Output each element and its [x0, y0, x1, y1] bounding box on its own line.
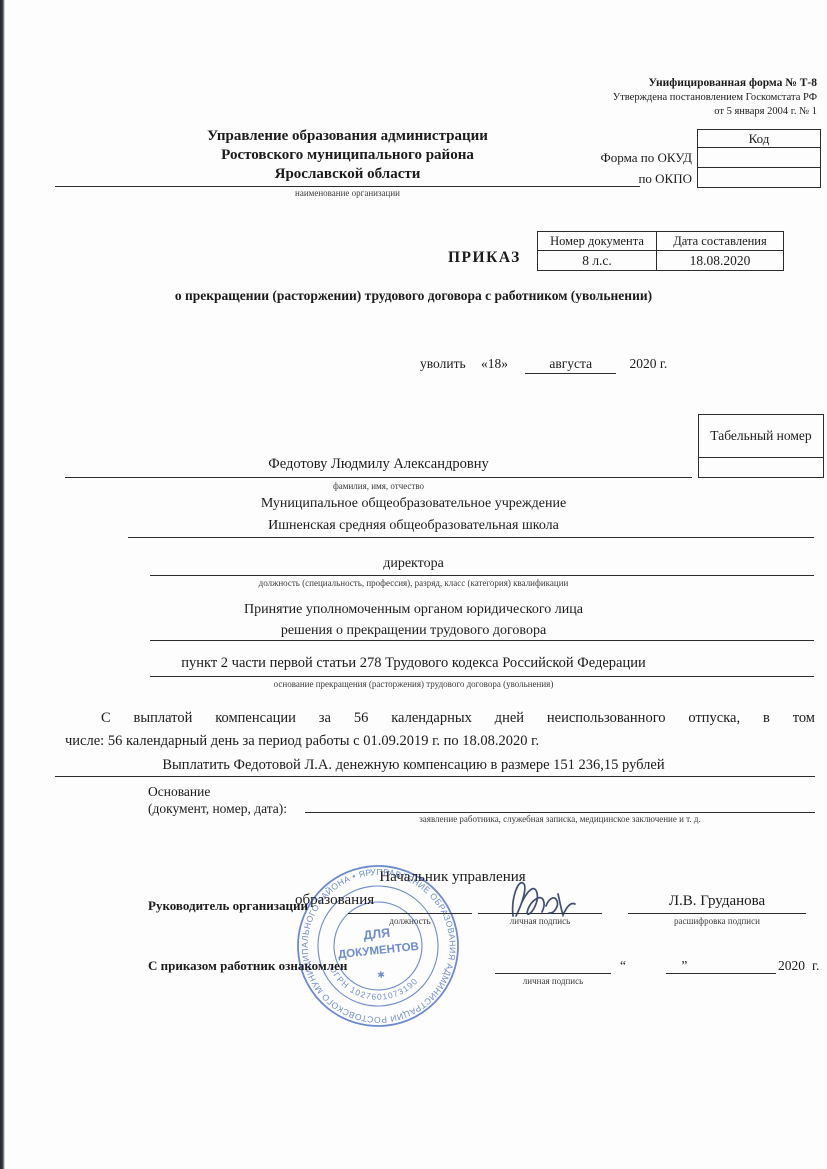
- position-line-caption: должность: [348, 916, 472, 926]
- legal-basis-field: пункт 2 части первой статьи 278 Трудовог…: [0, 655, 827, 672]
- form-reference-block: Унифицированная форма № Т-8 Утверждена п…: [613, 76, 817, 118]
- position-field: директора: [0, 556, 827, 572]
- position-signature-line: [348, 896, 472, 914]
- code-table: Код: [697, 129, 821, 188]
- organization-line: Управление образования администрации: [55, 127, 640, 146]
- dismiss-month-field: августа: [525, 356, 616, 374]
- document-number-table: Номер документа Дата составления 8 л.с. …: [537, 231, 784, 271]
- stamp-star: ✱: [377, 969, 386, 980]
- stamp-center-line1: ДЛЯ: [363, 926, 391, 943]
- doc-date-header: Дата составления: [657, 232, 784, 251]
- reason-line: Принятие уполномоченным органом юридичес…: [0, 599, 827, 620]
- reason-underline: [150, 640, 814, 641]
- unit-line: Ишненская средняя общеобразовательная шк…: [0, 515, 827, 537]
- termination-reason-field: Принятие уполномоченным органом юридичес…: [0, 599, 827, 641]
- basis-doc-sublabel: (документ, номер, дата):: [148, 801, 287, 817]
- ack-date-line: [666, 957, 776, 974]
- doc-number-value: 8 л.с.: [538, 251, 657, 271]
- compensation-paragraph: С выплатой компенсации за 56 календарных…: [65, 707, 815, 754]
- head-of-organization-label: Руководитель организации: [148, 898, 308, 914]
- ack-signature-caption: личная подпись: [495, 976, 611, 986]
- organization-caption: наименование организации: [55, 188, 640, 198]
- basis-doc-caption: заявление работника, служебная записка, …: [305, 814, 815, 824]
- ack-year-suffix: г.: [812, 958, 819, 974]
- doc-date-value: 18.08.2020: [657, 251, 784, 271]
- signer-name-caption: расшифровка подписи: [628, 916, 806, 926]
- dismiss-date-line: уволить «18» августа 2020 г.: [420, 356, 667, 374]
- unit-line: Муниципальное общеобразовательное учрежд…: [0, 493, 827, 515]
- payment-field: Выплатить Федотовой Л.А. денежную компен…: [0, 757, 827, 774]
- payment-underline: [55, 776, 815, 777]
- signer-name-field: Л.В. Груданова: [628, 893, 806, 914]
- legal-basis-caption: основание прекращения (расторжения) труд…: [0, 679, 827, 689]
- compensation-line: числе: 56 календарный день за период раб…: [65, 730, 815, 753]
- okud-value-cell: [698, 148, 821, 168]
- acknowledged-label: С приказом работник ознакомлен: [148, 958, 347, 974]
- order-subject: о прекращении (расторжении) трудового до…: [0, 288, 827, 304]
- okpo-value-cell: [698, 168, 821, 188]
- stamp-center-line2: ДОКУМЕНТОВ: [338, 941, 420, 961]
- ack-signature-line: [495, 957, 611, 974]
- personnel-number-value: [699, 458, 824, 478]
- position-caption: должность (специальность, профессия), ра…: [0, 578, 827, 588]
- handwritten-signature: [503, 876, 583, 920]
- doc-number-header: Номер документа: [538, 232, 657, 251]
- structural-unit-field: Муниципальное общеобразовательное учрежд…: [0, 493, 827, 536]
- form-number: Унифицированная форма № Т-8: [613, 76, 817, 91]
- dismiss-label: уволить: [420, 356, 466, 371]
- position-underline: [150, 575, 814, 576]
- document-page: Унифицированная форма № Т-8 Утверждена п…: [0, 0, 827, 1169]
- dismiss-day: «18»: [481, 356, 508, 371]
- personnel-number-header: Табельный номер: [699, 415, 824, 458]
- order-title: ПРИКАЗ: [448, 249, 521, 267]
- okud-label: Форма по ОКУД: [540, 150, 692, 166]
- okpo-label: по ОКПО: [540, 171, 692, 187]
- legal-basis-underline: [150, 676, 814, 677]
- compensation-line: С выплатой компенсации за 56 календарных…: [65, 707, 815, 730]
- reason-line: решения о прекращении трудового договора: [0, 620, 827, 641]
- employee-name-field: Федотову Людмилу Александровну: [65, 456, 692, 478]
- dismiss-year: 2020 г.: [629, 356, 667, 371]
- structural-unit-underline: [128, 537, 814, 538]
- personnel-number-table: Табельный номер: [698, 414, 824, 478]
- form-approved: Утверждена постановлением Госкомстата РФ: [613, 91, 817, 105]
- ack-year: 2020: [778, 958, 805, 974]
- basis-doc-field: [305, 795, 815, 813]
- form-date: от 5 января 2004 г. № 1: [613, 105, 817, 119]
- code-table-header: Код: [698, 130, 821, 148]
- basis-doc-label: Основание: [148, 784, 210, 800]
- employee-name-caption: фамилия, имя, отчество: [65, 481, 692, 491]
